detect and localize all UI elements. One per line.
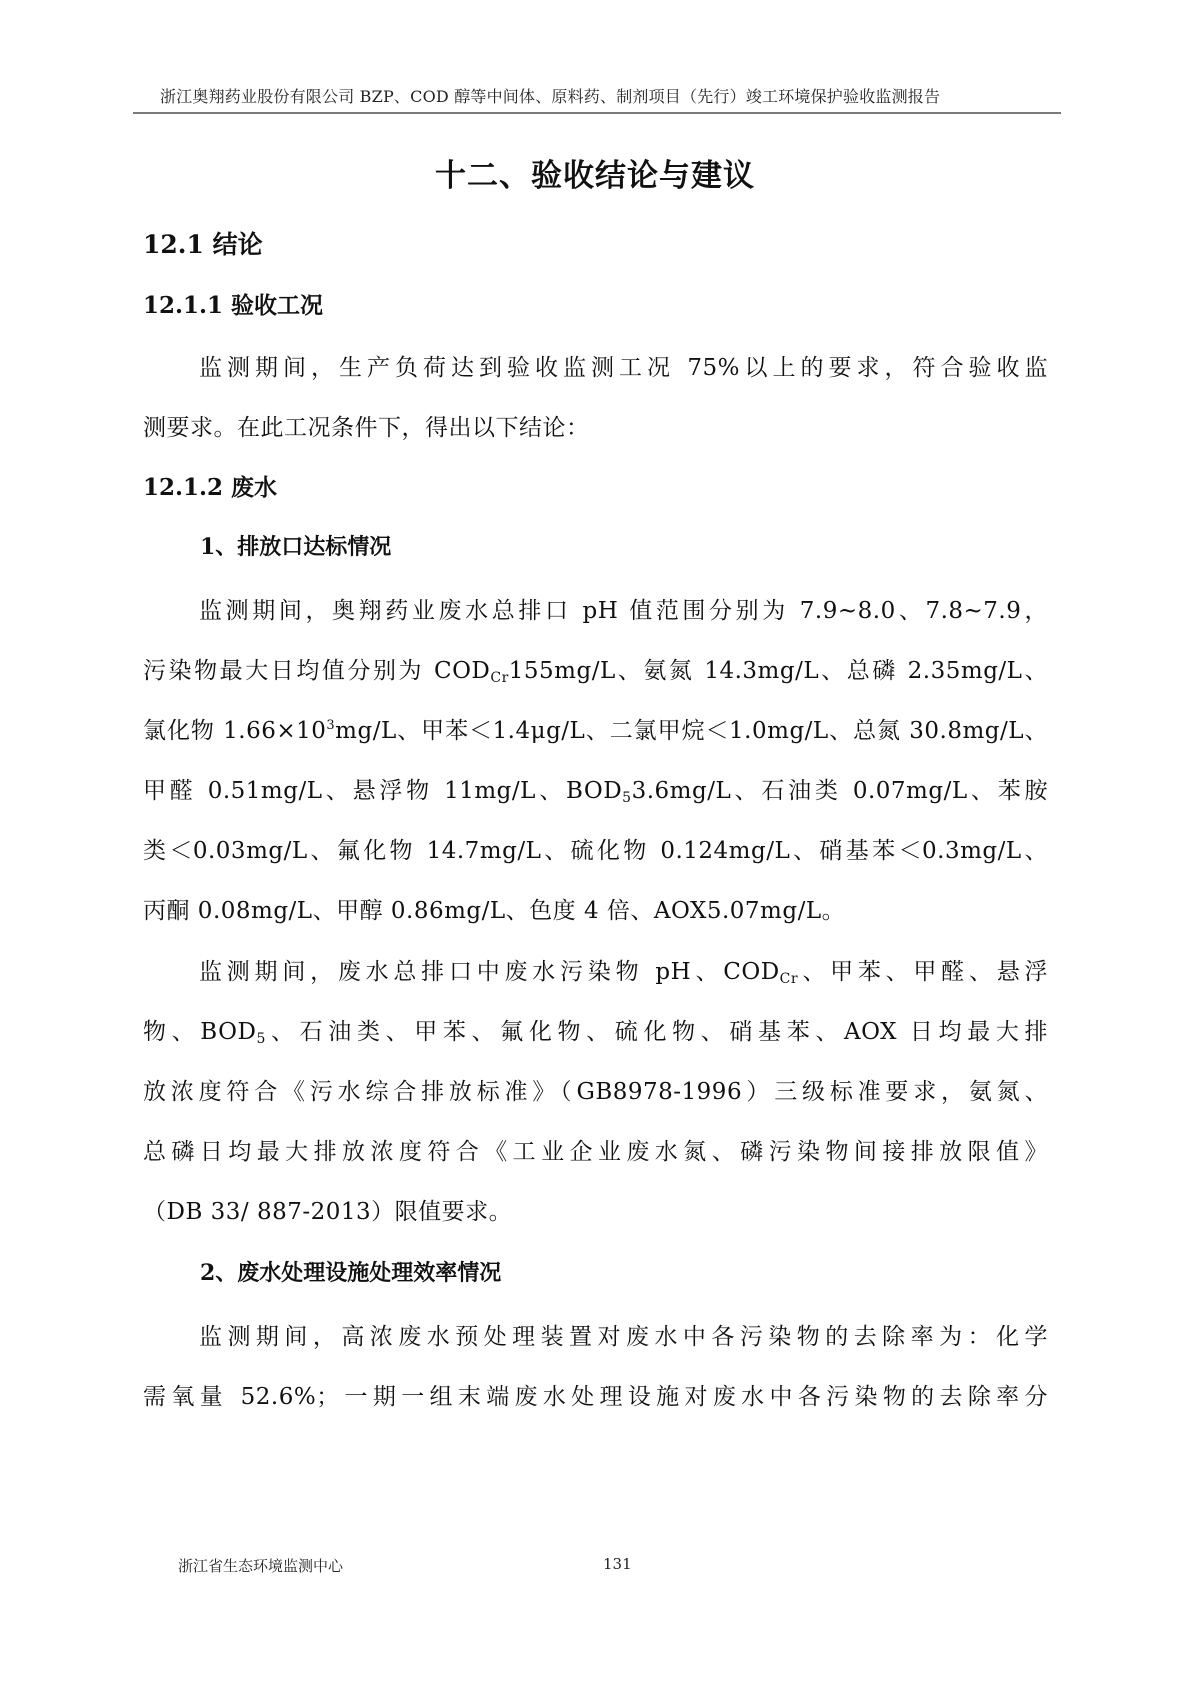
text-line: 类＜0.03mg/L、氟化物 14.7mg/L、硫化物 0.124mg/L、硝基… [143,832,1048,865]
text-span: 氯化物 1.66×10 [143,718,326,744]
text-line: 物、BOD5、石油类、甲苯、氟化物、硫化物、硝基苯、AOX 日均最大排 [143,1013,1048,1046]
subscript: Cr [490,670,508,686]
subscript: 5 [256,1031,265,1047]
text-line: 监测期间，废水总排口中废水污染物 pH、CODCr、甲苯、甲醛、悬浮 [199,953,1048,986]
text-line: 丙酮 0.08mg/L、甲醇 0.86mg/L、色度 4 倍、AOX5.07mg… [143,892,1048,925]
chapter-title: 十二、验收结论与建议 [0,150,1190,195]
subheading-outlet-compliance: 1、排放口达标情况 [200,530,391,561]
text-span: 3.6mg/L、石油类 0.07mg/L、苯胺 [632,778,1048,804]
footer-organization: 浙江省生态环境监测中心 [178,1555,343,1576]
text-line: 需氧量 52.6%；一期一组末端废水处理设施对废水中各污染物的去除率分 [143,1378,1048,1411]
text-line: （DB 33/ 887-2013）限值要求。 [143,1193,1048,1226]
text-line: 污染物最大日均值分别为 CODCr155mg/L、氨氮 14.3mg/L、总磷 … [143,652,1048,685]
subscript: 5 [622,790,631,806]
text-span: 监测期间，废水总排口中废水污染物 pH、COD [199,959,780,985]
superscript: 3 [326,718,335,733]
text-line: 放浓度符合《污水综合排放标准》（GB8978-1996）三级标准要求，氨氮、 [143,1073,1048,1106]
text-span: 污染物最大日均值分别为 COD [143,658,490,684]
text-line: 测要求。在此工况条件下，得出以下结论： [143,409,1048,442]
section-heading-12-1-1: 12.1.1 验收工况 [143,287,323,320]
text-span: 甲醛 0.51mg/L、悬浮物 11mg/L、BOD [143,778,622,804]
text-line: 监测期间，奥翔药业废水总排口 pH 值范围分别为 7.9~8.0、7.8~7.9… [199,592,1048,625]
section-heading-12-1: 12.1 结论 [143,225,263,261]
header-divider [133,112,1061,114]
text-line: 监测期间，生产负荷达到验收监测工况 75%以上的要求，符合验收监 [199,349,1048,382]
text-line: 总磷日均最大排放浓度符合《工业企业废水氮、磷污染物间接排放限值》 [143,1133,1048,1166]
page-number: 131 [603,1555,632,1573]
subheading-treatment-efficiency: 2、废水处理设施处理效率情况 [200,1256,501,1287]
section-heading-12-1-2: 12.1.2 废水 [143,469,277,502]
subscript: Cr [780,971,798,987]
text-span: 、甲苯、甲醛、悬浮 [798,959,1048,985]
text-span: mg/L、甲苯＜1.4μg/L、二氯甲烷＜1.0mg/L、总氮 30.8mg/L… [335,718,1048,744]
text-span: 、石油类、甲苯、氟化物、硫化物、硝基苯、AOX 日均最大排 [266,1019,1048,1045]
text-line: 监测期间，高浓废水预处理装置对废水中各污染物的去除率为：化学 [199,1318,1048,1351]
text-span: 物、BOD [143,1019,256,1045]
text-line: 氯化物 1.66×103mg/L、甲苯＜1.4μg/L、二氯甲烷＜1.0mg/L… [143,712,1048,745]
header-title: 浙江奥翔药业股份有限公司 BZP、COD 醇等中间体、原料药、制剂项目（先行）竣… [160,84,1030,107]
text-line: 甲醛 0.51mg/L、悬浮物 11mg/L、BOD53.6mg/L、石油类 0… [143,772,1048,805]
text-span: 155mg/L、氨氮 14.3mg/L、总磷 2.35mg/L、 [509,658,1048,684]
